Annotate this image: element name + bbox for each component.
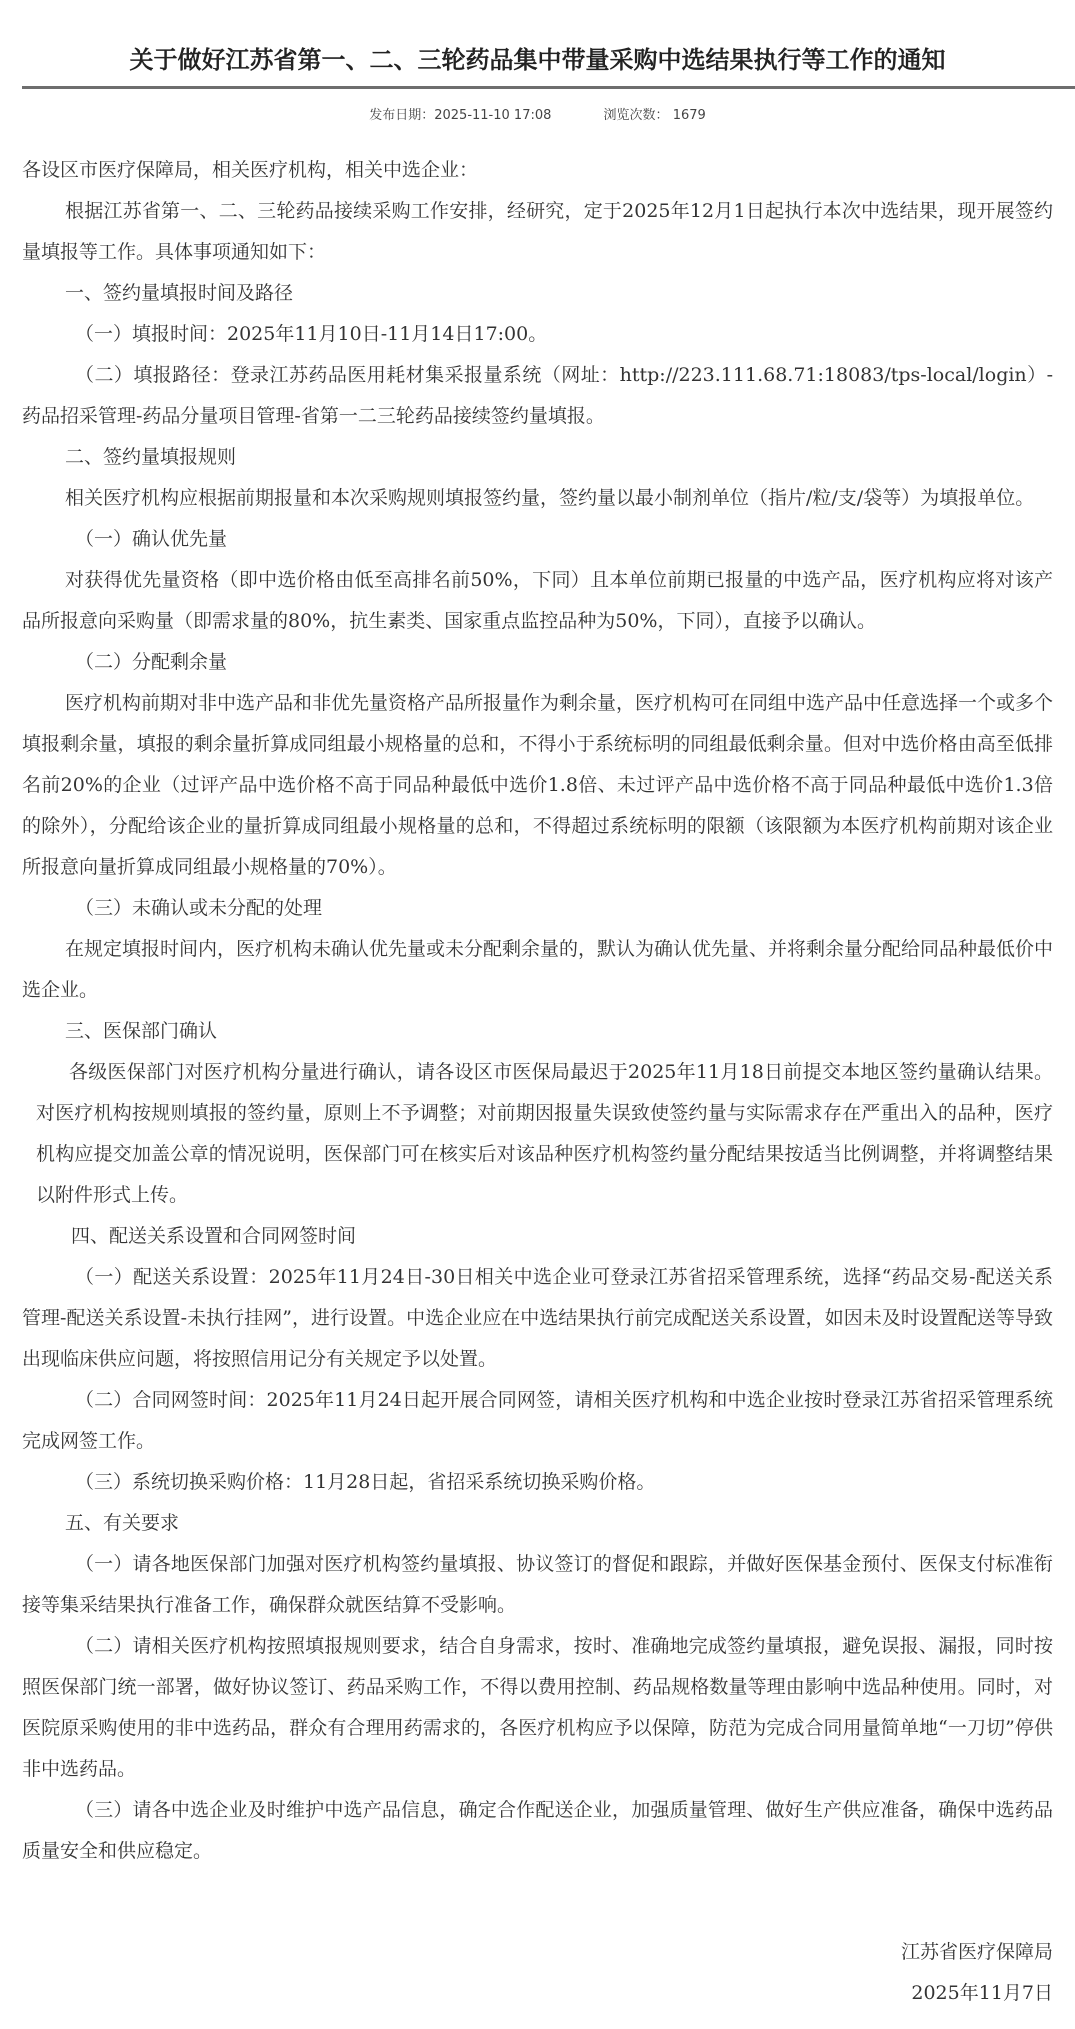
- section-4-item-3: （三）系统切换采购价格：11月28日起，省招采系统切换采购价格。: [22, 1462, 1053, 1503]
- signature-spacer: [22, 1872, 1053, 1932]
- section-2-paragraph-3: 医疗机构前期对非中选产品和非优先量资格产品所报量作为剩余量，医疗机构可在同组中选…: [22, 683, 1053, 888]
- section-1-item-1: （一）填报时间：2025年11月10日-11月14日17:00。: [22, 314, 1053, 355]
- article-body: 各设区市医疗保障局，相关医疗机构，相关中选企业： 根据江苏省第一、二、三轮药品接…: [22, 150, 1053, 2014]
- section-2-subheading-3: （三）未确认或未分配的处理: [22, 888, 1053, 929]
- signature-issuer: 江苏省医疗保障局: [22, 1932, 1053, 1973]
- section-5-item-3: （三）请各中选企业及时维护中选产品信息，确定合作配送企业，加强质量管理、做好生产…: [22, 1790, 1053, 1872]
- section-heading-4: 四、配送关系设置和合同网签时间: [22, 1216, 1053, 1257]
- views-label: 浏览次数：: [604, 108, 669, 123]
- section-1-item-2: （二）填报路径：登录江苏药品医用耗材集采报量系统（网址：http://223.1…: [22, 355, 1053, 437]
- section-5-item-2: （二）请相关医疗机构按照填报规则要求，结合自身需求，按时、准确地完成签约量填报，…: [22, 1626, 1053, 1790]
- intro-paragraph: 根据江苏省第一、二、三轮药品接续采购工作安排，经研究，定于2025年12月1日起…: [22, 191, 1053, 273]
- section-heading-3: 三、医保部门确认: [22, 1011, 1053, 1052]
- section-2-subheading-1: （一）确认优先量: [22, 519, 1053, 560]
- publish-date-label: 发布日期：: [369, 108, 434, 123]
- section-2-paragraph-4: 在规定填报时间内，医疗机构未确认优先量或未分配剩余量的，默认为确认优先量、并将剩…: [22, 929, 1053, 1011]
- section-4-item-2: （二）合同网签时间：2025年11月24日起开展合同网签，请相关医疗机构和中选企…: [22, 1380, 1053, 1462]
- section-4-item-1: （一）配送关系设置：2025年11月24日-30日相关中选企业可登录江苏省招采管…: [22, 1257, 1053, 1380]
- section-heading-5: 五、有关要求: [22, 1503, 1053, 1544]
- section-heading-2: 二、签约量填报规则: [22, 437, 1053, 478]
- publish-date: 2025-11-10 17:08: [434, 108, 551, 123]
- article-meta: 发布日期：2025-11-10 17:08 浏览次数： 1679: [0, 104, 1075, 123]
- section-2-subheading-2: （二）分配剩余量: [22, 642, 1053, 683]
- views-count: 1679: [673, 108, 706, 123]
- section-2-paragraph-2: 对获得优先量资格（即中选价格由低至高排名前50%，下同）且本单位前期已报量的中选…: [22, 560, 1053, 642]
- section-3-paragraph-1: 各级医保部门对医疗机构分量进行确认，请各设区市医保局最迟于2025年11月18日…: [22, 1052, 1053, 1216]
- salutation: 各设区市医疗保障局，相关医疗机构，相关中选企业：: [22, 150, 1053, 191]
- section-heading-1: 一、签约量填报时间及路径: [22, 273, 1053, 314]
- title-divider: [22, 86, 1075, 89]
- page-title: 关于做好江苏省第一、二、三轮药品集中带量采购中选结果执行等工作的通知: [0, 40, 1075, 75]
- section-5-item-1: （一）请各地医保部门加强对医疗机构签约量填报、协议签订的督促和跟踪，并做好医保基…: [22, 1544, 1053, 1626]
- signature-date: 2025年11月7日: [22, 1973, 1053, 2014]
- section-2-paragraph-1: 相关医疗机构应根据前期报量和本次采购规则填报签约量，签约量以最小制剂单位（指片/…: [22, 478, 1053, 519]
